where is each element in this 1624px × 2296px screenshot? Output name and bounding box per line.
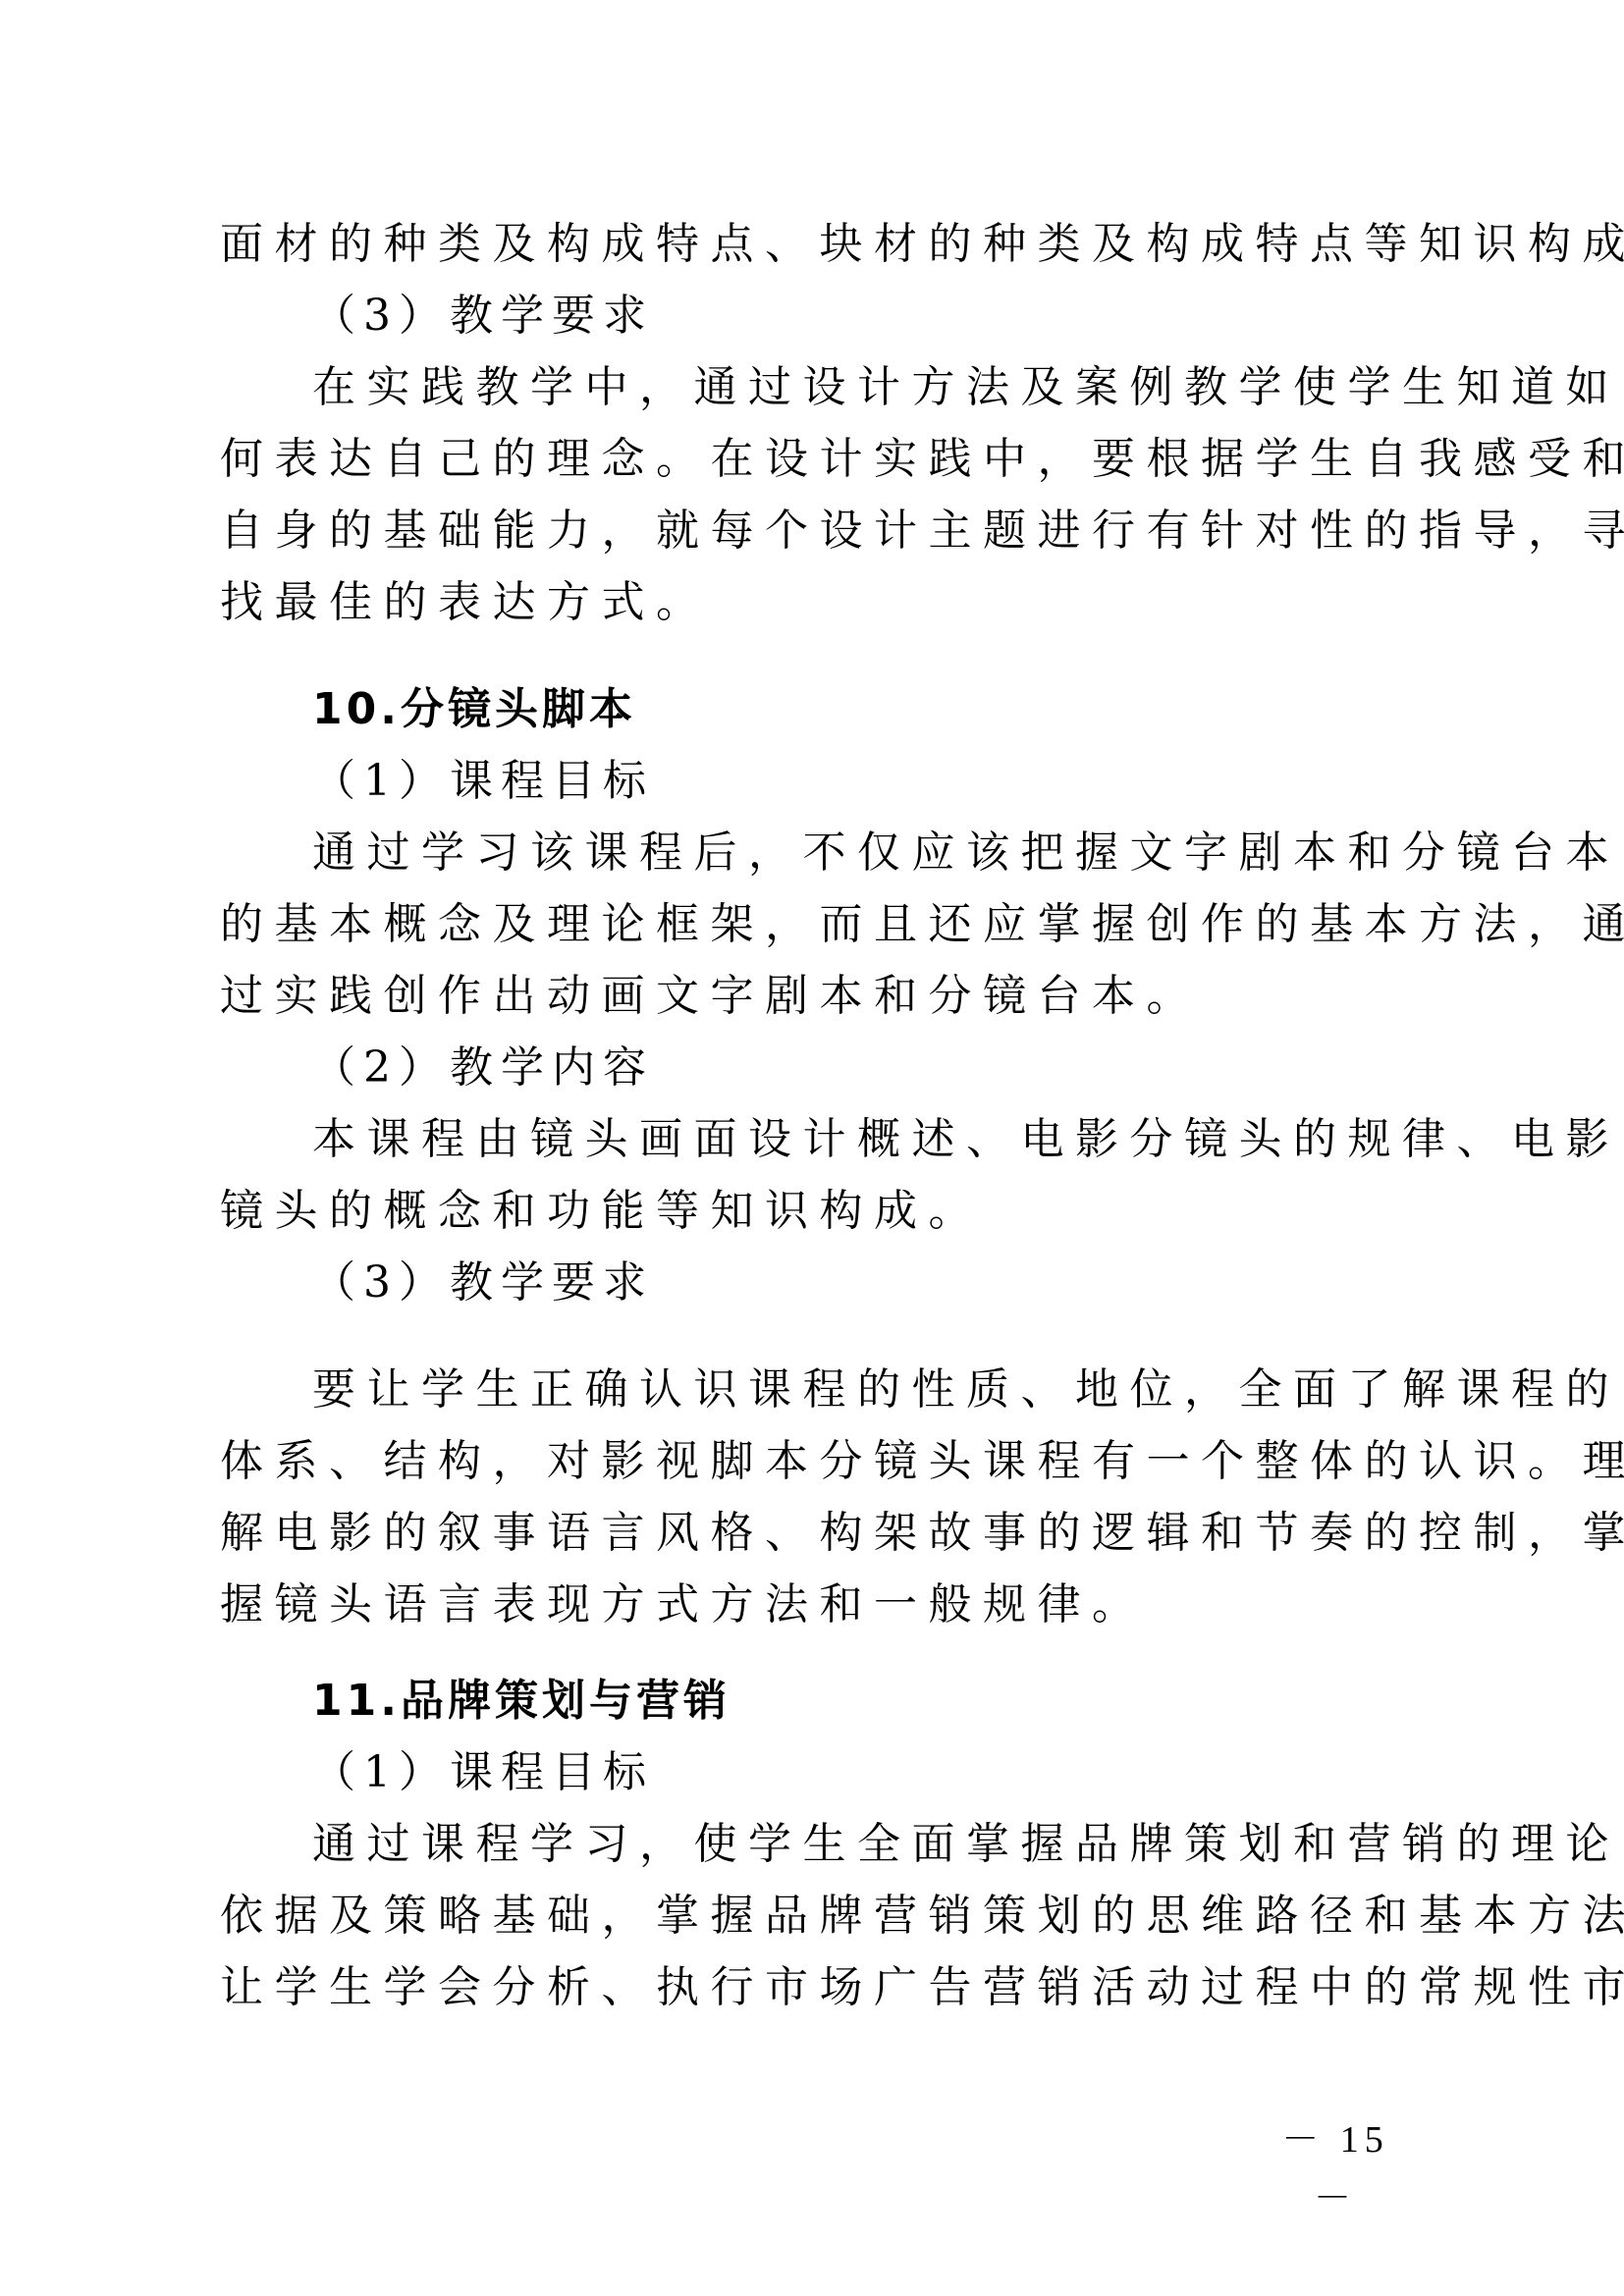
paragraph-line: 面材的种类及构成特点、块材的种类及构成特点等知识构成。 [220,208,1388,280]
paragraph-line: 握镜头语言表现方式方法和一般规律。 [220,1569,1388,1640]
subsection-heading: （3）教学要求 [312,280,1392,351]
subsection-heading: （1）课程目标 [312,745,1392,817]
paragraph-line: 何表达自己的理念。在设计实践中，要根据学生自我感受和 [220,423,1388,495]
paragraph-line: 自身的基础能力，就每个设计主题进行有针对性的指导，寻 [220,495,1388,566]
paragraph-line: 在实践教学中，通过设计方法及案例教学使学生知道如 [312,351,1392,423]
paragraph-line: 解电影的叙事语言风格、构架故事的逻辑和节奏的控制，掌 [220,1497,1388,1569]
paragraph-line: 体系、结构，对影视脚本分镜头课程有一个整体的认识。理 [220,1425,1388,1497]
paragraph-line: 让学生学会分析、执行市场广告营销活动过程中的常规性市 [220,1951,1388,2023]
paragraph-line: 过实践创作出动画文字剧本和分镜台本。 [220,960,1388,1032]
paragraph-line: 依据及策略基础，掌握品牌营销策划的思维路径和基本方法， [220,1880,1388,1951]
section-heading: 10.分镜头脚本 [312,673,1392,745]
paragraph-line: 通过学习该课程后，不仅应该把握文字剧本和分镜台本 [312,817,1392,888]
section-heading: 11.品牌策划与营销 [312,1665,1392,1736]
paragraph-line: 本课程由镜头画面设计概述、电影分镜头的规律、电影 [312,1103,1392,1175]
subsection-heading: （2）教学内容 [312,1032,1392,1103]
paragraph-line: 镜头的概念和功能等知识构成。 [220,1175,1388,1247]
paragraph-line: 通过课程学习，使学生全面掌握品牌策划和营销的理论 [312,1808,1392,1880]
paragraph-line: 要让学生正确认识课程的性质、地位，全面了解课程的 [312,1354,1392,1425]
paragraph-line: 找最佳的表达方式。 [220,566,1388,638]
subsection-heading: （1）课程目标 [312,1736,1392,1808]
subsection-heading: （3）教学要求 [312,1247,1392,1318]
document-page: 面材的种类及构成特点、块材的种类及构成特点等知识构成。 （3）教学要求 在实践教… [0,0,1624,2296]
page-number: － 15 － [1267,2110,1404,2169]
paragraph-line: 的基本概念及理论框架，而且还应掌握创作的基本方法，通 [220,888,1388,960]
